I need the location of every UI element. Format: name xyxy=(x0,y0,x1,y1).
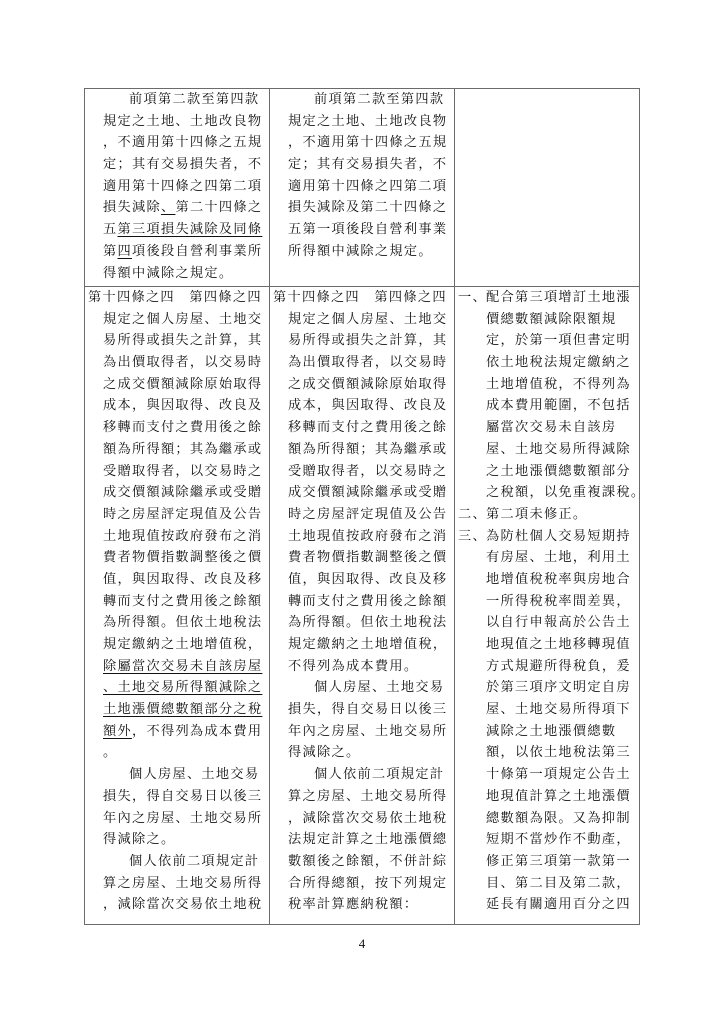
text-line: 為所得額。但依土地稅法 xyxy=(273,612,454,634)
amended-text-underline: 第三項損失減除及同條 xyxy=(118,222,263,237)
item-number: 三、 xyxy=(458,526,486,548)
item-number: 二、 xyxy=(458,504,486,526)
text-segment: 之土地漲價總數額部分 xyxy=(486,464,631,479)
amended-text-cell: 第十四條之四 第四條之四規定之個人房屋、土地交易所得或損失之計算，其為出價取得者… xyxy=(85,287,270,925)
text-line: 地現值之土地移轉現值 xyxy=(458,634,639,656)
text-line: 損失，得自交易日以後三 xyxy=(88,786,269,808)
explanation-item: 二、第二項未修正。 xyxy=(458,504,639,526)
text-line: 五第三項損失減除及同條 xyxy=(88,219,269,241)
text-segment: 法規定計算之土地漲價總 xyxy=(288,832,447,847)
text-segment: 適用第十四條之四第二項 xyxy=(288,179,447,194)
text-segment: 損失，得自交易日以後三 xyxy=(288,702,447,717)
text-line: 總數額為限。又為抑制 xyxy=(458,808,639,830)
text-line: 以自行申報高於公告土 xyxy=(458,612,639,634)
text-line: 受贈取得者，以交易時之 xyxy=(88,461,269,483)
text-line: 第十四條之四 第四條之四 xyxy=(273,287,454,309)
page-number: 4 xyxy=(0,936,724,952)
text-segment: 定；其有交易損失者，不 xyxy=(103,157,262,172)
text-line: 合所得總額，按下列規定 xyxy=(273,873,454,895)
text-segment: 一所得稅稅率間差異， xyxy=(486,594,631,609)
text-line: 個人房屋、土地交易 xyxy=(273,677,454,699)
table-row: 前項第二款至第四款規定之土地、土地改良物，不適用第十四條之五規定；其有交易損失者… xyxy=(85,89,640,287)
text-line: 規定繳納之土地增值稅， xyxy=(88,634,269,656)
text-line: 有房屋、土地，利用土 xyxy=(458,547,639,569)
text-line: ，不適用第十四條之五規 xyxy=(88,132,269,154)
text-segment: 數額後之餘額，不併計綜 xyxy=(288,854,447,869)
text-segment: 屋、土地交易所得項下 xyxy=(486,702,631,717)
text-segment: 有房屋、土地，利用土 xyxy=(486,550,631,565)
text-segment: 第二十四條之 xyxy=(175,200,262,215)
text-segment: 值，與因取得、改良及移 xyxy=(103,572,262,587)
text-segment: 地現值計算之土地漲價 xyxy=(486,789,631,804)
text-line: 成交價額減除繼承或受贈 xyxy=(88,482,269,504)
amended-text-underline: 四 xyxy=(118,244,133,259)
text-segment: 年內之房屋、土地交易所 xyxy=(103,811,262,826)
text-segment: 個人房屋、土地交易 xyxy=(129,767,259,782)
text-segment: 修正第三項第一款第一 xyxy=(486,854,631,869)
text-segment: 成本，與因取得、改良及 xyxy=(288,398,447,413)
text-line: 。 xyxy=(88,742,269,764)
text-segment: 屬當次交易未自該房 xyxy=(486,420,616,435)
document-page: 前項第二款至第四款規定之土地、土地改良物，不適用第十四條之五規定；其有交易損失者… xyxy=(0,0,724,1024)
text-line: 時之房屋評定現值及公告 xyxy=(273,504,454,526)
text-segment: 易所得或損失之計算，其 xyxy=(103,333,262,348)
text-segment: 個人依前二項規定計 xyxy=(314,767,444,782)
text-line: 除屬當次交易未自該房屋 xyxy=(88,656,269,678)
text-segment: 土地現值按政府發布之消 xyxy=(103,529,262,544)
text-segment: 轉而支付之費用後之餘額 xyxy=(103,594,262,609)
text-segment: 短期不當炒作不動產， xyxy=(486,832,631,847)
text-line: 依土地稅法規定繳納之 xyxy=(458,352,639,374)
text-line: 額為所得額；其為繼承或 xyxy=(273,439,454,461)
text-line: 不得列為成本費用。 xyxy=(273,656,454,678)
text-line: ，減除當次交易依土地稅 xyxy=(88,894,269,916)
text-line: 規定之土地、土地改良物 xyxy=(88,111,269,133)
text-segment: 易所得或損失之計算，其 xyxy=(288,333,447,348)
text-segment: 成本，與因取得、改良及 xyxy=(103,398,262,413)
text-line: 成本，與因取得、改良及 xyxy=(88,395,269,417)
text-line: 之成交價額減除原始取得 xyxy=(88,374,269,396)
text-segment: 前項第二款至第四款 xyxy=(314,92,444,107)
text-segment: 成交價額減除繼承或受贈 xyxy=(103,485,262,500)
text-line: 數額後之餘額，不併計綜 xyxy=(273,851,454,873)
text-line: 第十四條之四 第四條之四 xyxy=(88,287,269,309)
text-line: 年內之房屋、土地交易所 xyxy=(273,721,454,743)
text-line: 值，與因取得、改良及移 xyxy=(273,569,454,591)
text-line: 土地增值稅，不得列為 xyxy=(458,374,639,396)
text-line: 個人依前二項規定計 xyxy=(273,764,454,786)
text-line: 短期不當炒作不動產， xyxy=(458,829,639,851)
text-segment: 規定繳納之土地增值稅， xyxy=(103,637,262,652)
text-line: 定；其有交易損失者，不 xyxy=(88,154,269,176)
text-segment: 規定繳納之土地增值稅， xyxy=(288,637,447,652)
text-line: 規定繳納之土地增值稅， xyxy=(273,634,454,656)
amended-text-underline: 、 xyxy=(161,200,176,215)
text-line: 損失，得自交易日以後三 xyxy=(273,699,454,721)
text-line: 前項第二款至第四款 xyxy=(273,89,454,111)
text-segment: 前項第二款至第四款 xyxy=(129,92,259,107)
text-segment: 目、第二目及第二款， xyxy=(486,876,631,891)
text-segment: ，不適用第十四條之五規 xyxy=(103,135,262,150)
text-segment: 五第一項後段自營利事業 xyxy=(288,222,447,237)
text-line: 、土地交易所得額減除之 xyxy=(88,677,269,699)
text-segment: 於第三項序文明定自房 xyxy=(486,680,631,695)
text-segment: 費者物價指數調整後之價 xyxy=(288,550,447,565)
text-segment: 損失減除 xyxy=(103,200,161,215)
amended-text-underline: 、土地交易所得額減除之 xyxy=(103,680,262,695)
text-line: 定，於第一項但書定明 xyxy=(458,330,639,352)
text-segment: 為防杜個人交易短期持 xyxy=(486,529,631,544)
text-segment: 為所得額。但依土地稅法 xyxy=(103,615,262,630)
amended-text-underline: 除屬當次交易未自該房屋 xyxy=(103,659,262,674)
amended-text-cell: 前項第二款至第四款規定之土地、土地改良物，不適用第十四條之五規定；其有交易損失者… xyxy=(85,89,270,287)
text-segment: 移轉而支付之費用後之餘 xyxy=(103,420,262,435)
text-segment: 定；其有交易損失者，不 xyxy=(288,157,447,172)
text-segment: 受贈取得者，以交易時之 xyxy=(288,464,447,479)
explanation-item: 三、為防杜個人交易短期持有房屋、土地，利用土地增值稅稅率與房地合一所得稅稅率間差… xyxy=(458,526,639,916)
text-line: 一、配合第三項增訂土地漲 xyxy=(458,287,639,309)
text-line: 規定之個人房屋、土地交 xyxy=(273,309,454,331)
text-line: 修正第三項第一款第一 xyxy=(458,851,639,873)
text-line: 得減除之。 xyxy=(273,742,454,764)
text-segment: 五 xyxy=(103,222,118,237)
text-segment: 土地增值稅，不得列為 xyxy=(486,377,631,392)
text-segment: 第十四條之四 第四條之四 xyxy=(88,290,262,305)
text-segment: 總數額為限。又為抑制 xyxy=(486,811,631,826)
text-segment: 為出價取得者，以交易時 xyxy=(103,355,262,370)
text-segment: 損失，得自交易日以後三 xyxy=(103,789,262,804)
text-segment: 所得額中減除之規定。 xyxy=(288,244,433,259)
amended-text-underline: 額外 xyxy=(103,724,132,739)
explanation-cell: 一、配合第三項增訂土地漲價總數額減除限額規定，於第一項但書定明依土地稅法規定繳納… xyxy=(455,287,640,925)
text-segment: 轉而支付之費用後之餘額 xyxy=(288,594,447,609)
text-segment: 以自行申報高於公告土 xyxy=(486,615,631,630)
text-segment: 依土地稅法規定繳納之 xyxy=(486,355,631,370)
text-line: 得減除之。 xyxy=(88,829,269,851)
text-segment: 價總數額減除限額規 xyxy=(486,312,616,327)
text-segment: 減除之土地漲價總數 xyxy=(486,724,616,739)
explanation-cell xyxy=(455,89,640,287)
text-line: 算之房屋、土地交易所得 xyxy=(273,786,454,808)
text-segment: 為所得額。但依土地稅法 xyxy=(288,615,447,630)
text-segment: 時之房屋評定現值及公告 xyxy=(103,507,262,522)
text-segment: 費者物價指數調整後之價 xyxy=(103,550,262,565)
text-line: 年內之房屋、土地交易所 xyxy=(88,808,269,830)
text-segment: 之稅額，以免重複課稅。 xyxy=(486,485,645,500)
text-line: 值，與因取得、改良及移 xyxy=(88,569,269,591)
text-segment: 額為所得額；其為繼承或 xyxy=(288,442,447,457)
text-line: 易所得或損失之計算，其 xyxy=(273,330,454,352)
text-line: 方式規避所得稅負，爰 xyxy=(458,656,639,678)
text-segment: 定，於第一項但書定明 xyxy=(486,333,631,348)
text-segment: 規定之個人房屋、土地交 xyxy=(103,312,262,327)
text-line: 適用第十四條之四第二項 xyxy=(273,176,454,198)
text-line: 成本，與因取得、改良及 xyxy=(273,395,454,417)
text-line: 稅率計算應納稅額： xyxy=(273,894,454,916)
text-line: 易所得或損失之計算，其 xyxy=(88,330,269,352)
text-segment: 第十四條之四 第四條之四 xyxy=(273,290,447,305)
text-segment: 之成交價額減除原始取得 xyxy=(288,377,447,392)
text-segment: 項後段自營利事業所 xyxy=(132,244,262,259)
text-line: 目、第二目及第二款， xyxy=(458,873,639,895)
text-segment: 損失減除及第二十四條之 xyxy=(288,200,447,215)
text-segment: 額為所得額；其為繼承或 xyxy=(103,442,262,457)
text-segment: 配合第三項增訂土地漲 xyxy=(486,290,631,305)
text-line: 得額中減除之規定。 xyxy=(88,263,269,285)
text-line: 費者物價指數調整後之價 xyxy=(273,547,454,569)
text-segment: 個人房屋、土地交易 xyxy=(314,680,444,695)
text-segment: 地現值之土地移轉現值 xyxy=(486,637,631,652)
text-line: 規定之土地、土地改良物 xyxy=(273,111,454,133)
text-line: 規定之個人房屋、土地交 xyxy=(88,309,269,331)
table-row: 第十四條之四 第四條之四規定之個人房屋、土地交易所得或損失之計算，其為出價取得者… xyxy=(85,287,640,925)
text-segment: 得減除之。 xyxy=(288,745,360,760)
text-segment: 時之房屋評定現值及公告 xyxy=(288,507,447,522)
text-segment: 不得列為成本費用。 xyxy=(288,659,418,674)
text-line: 額為所得額；其為繼承或 xyxy=(88,439,269,461)
text-segment: 適用第十四條之四第二項 xyxy=(103,179,262,194)
text-line: 屬當次交易未自該房 xyxy=(458,417,639,439)
text-line: 為出價取得者，以交易時 xyxy=(88,352,269,374)
text-line: 轉而支付之費用後之餘額 xyxy=(273,591,454,613)
explanation-item: 一、配合第三項增訂土地漲價總數額減除限額規定，於第一項但書定明依土地稅法規定繳納… xyxy=(458,287,639,504)
text-segment: 。 xyxy=(103,745,118,760)
text-segment: 額，以依土地稅法第三 xyxy=(486,745,631,760)
text-segment: 為出價取得者，以交易時 xyxy=(288,355,447,370)
text-line: 屋、土地交易所得項下 xyxy=(458,699,639,721)
text-segment: 算之房屋、土地交易所得 xyxy=(103,876,262,891)
text-segment: 受贈取得者，以交易時之 xyxy=(103,464,262,479)
current-text-cell: 前項第二款至第四款規定之土地、土地改良物，不適用第十四條之五規定；其有交易損失者… xyxy=(270,89,455,287)
text-segment: 得額中減除之規定。 xyxy=(103,266,233,281)
text-segment: ，不得列為成本費用 xyxy=(132,724,262,739)
text-segment: ，不適用第十四條之五規 xyxy=(288,135,447,150)
text-line: 時之房屋評定現值及公告 xyxy=(88,504,269,526)
text-line: 之土地漲價總數額部分 xyxy=(458,461,639,483)
text-line: 成本費用範圍，不包括 xyxy=(458,395,639,417)
text-line: 損失減除、第二十四條之 xyxy=(88,197,269,219)
text-segment: 土地現值按政府發布之消 xyxy=(288,529,447,544)
text-segment: 成交價額減除繼承或受贈 xyxy=(288,485,447,500)
text-segment: ，減除當次交易依土地稅 xyxy=(103,897,262,912)
text-line: ，不適用第十四條之五規 xyxy=(273,132,454,154)
text-line: 所得額中減除之規定。 xyxy=(273,241,454,263)
text-line: 於第三項序文明定自房 xyxy=(458,677,639,699)
text-segment: 個人依前二項規定計 xyxy=(129,854,259,869)
text-line: 五第一項後段自營利事業 xyxy=(273,219,454,241)
text-line: 個人房屋、土地交易 xyxy=(88,764,269,786)
text-line: 地現值計算之土地漲價 xyxy=(458,786,639,808)
text-segment: 得減除之。 xyxy=(103,832,175,847)
text-line: 定；其有交易損失者，不 xyxy=(273,154,454,176)
text-line: 前項第二款至第四款 xyxy=(88,89,269,111)
text-line: 損失減除及第二十四條之 xyxy=(273,197,454,219)
text-segment: 移轉而支付之費用後之餘 xyxy=(288,420,447,435)
text-line: 為所得額。但依土地稅法 xyxy=(88,612,269,634)
text-line: 為出價取得者，以交易時 xyxy=(273,352,454,374)
text-segment: ，減除當次交易依土地稅 xyxy=(288,811,447,826)
text-segment: 規定之土地、土地改良物 xyxy=(103,114,262,129)
text-segment: 十條第一項規定公告土 xyxy=(486,767,631,782)
text-segment: 年內之房屋、土地交易所 xyxy=(288,724,447,739)
text-line: 第四項後段自營利事業所 xyxy=(88,241,269,263)
text-line: 減除之土地漲價總數 xyxy=(458,721,639,743)
text-line: 費者物價指數調整後之價 xyxy=(88,547,269,569)
text-line: 價總數額減除限額規 xyxy=(458,309,639,331)
text-segment: 第 xyxy=(103,244,118,259)
text-line: 適用第十四條之四第二項 xyxy=(88,176,269,198)
text-line: 受贈取得者，以交易時之 xyxy=(273,461,454,483)
comparison-table: 前項第二款至第四款規定之土地、土地改良物，不適用第十四條之五規定；其有交易損失者… xyxy=(84,88,640,925)
text-segment: 延長有關適用百分之四 xyxy=(486,897,631,912)
text-line: 算之房屋、土地交易所得 xyxy=(88,873,269,895)
text-line: 額外，不得列為成本費用 xyxy=(88,721,269,743)
text-line: 額，以依土地稅法第三 xyxy=(458,742,639,764)
text-segment: 地增值稅稅率與房地合 xyxy=(486,572,631,587)
text-segment: 方式規避所得稅負，爰 xyxy=(486,659,631,674)
text-line: 延長有關適用百分之四 xyxy=(458,894,639,916)
text-line: 轉而支付之費用後之餘額 xyxy=(88,591,269,613)
text-segment: 算之房屋、土地交易所得 xyxy=(288,789,447,804)
text-line: 法規定計算之土地漲價總 xyxy=(273,829,454,851)
text-line: 移轉而支付之費用後之餘 xyxy=(273,417,454,439)
text-segment: 合所得總額，按下列規定 xyxy=(288,876,447,891)
text-segment: 規定之個人房屋、土地交 xyxy=(288,312,447,327)
text-line: 土地現值按政府發布之消 xyxy=(88,526,269,548)
text-line: 二、第二項未修正。 xyxy=(458,504,639,526)
text-segment: 第二項未修正。 xyxy=(486,507,587,522)
text-segment: 屋、土地交易所得減除 xyxy=(486,442,631,457)
amended-text-underline: 土地漲價總數額部分之稅 xyxy=(103,702,262,717)
text-segment: 值，與因取得、改良及移 xyxy=(288,572,447,587)
text-line: 三、為防杜個人交易短期持 xyxy=(458,526,639,548)
text-line: 土地漲價總數額部分之稅 xyxy=(88,699,269,721)
text-line: 十條第一項規定公告土 xyxy=(458,764,639,786)
text-line: 之成交價額減除原始取得 xyxy=(273,374,454,396)
text-line: 屋、土地交易所得減除 xyxy=(458,439,639,461)
current-text-cell: 第十四條之四 第四條之四規定之個人房屋、土地交易所得或損失之計算，其為出價取得者… xyxy=(270,287,455,925)
text-line: 之稅額，以免重複課稅。 xyxy=(458,482,639,504)
text-segment: 之成交價額減除原始取得 xyxy=(103,377,262,392)
text-line: 成交價額減除繼承或受贈 xyxy=(273,482,454,504)
item-number: 一、 xyxy=(458,287,486,309)
text-segment: 成本費用範圍，不包括 xyxy=(486,398,631,413)
text-segment: 稅率計算應納稅額： xyxy=(288,897,418,912)
text-line: 個人依前二項規定計 xyxy=(88,851,269,873)
text-line: 土地現值按政府發布之消 xyxy=(273,526,454,548)
text-segment: 規定之土地、土地改良物 xyxy=(288,114,447,129)
text-line: 地增值稅稅率與房地合 xyxy=(458,569,639,591)
text-line: 一所得稅稅率間差異， xyxy=(458,591,639,613)
text-line: 移轉而支付之費用後之餘 xyxy=(88,417,269,439)
text-line: ，減除當次交易依土地稅 xyxy=(273,808,454,830)
